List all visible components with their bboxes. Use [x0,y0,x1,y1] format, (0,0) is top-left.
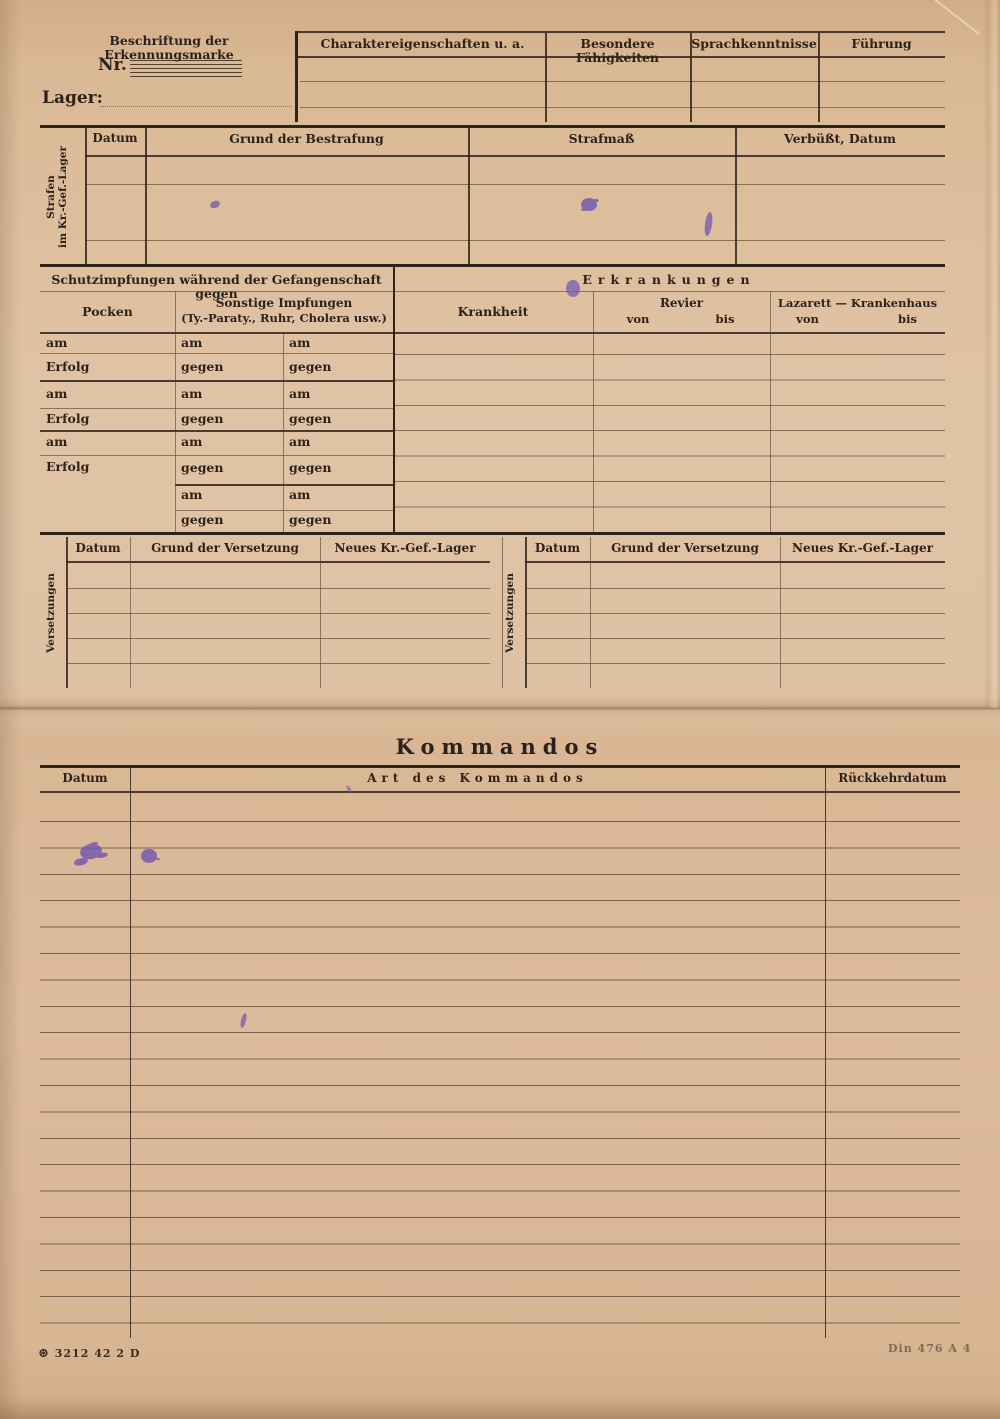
transfers-left-write-lines [66,588,490,665]
table-bottom-border [40,264,945,267]
scanned-form-page: Beschriftung der Erkennungsmarke Nr. Lag… [0,0,1000,1419]
traits-col-characteristics: Charaktereigenschaften u. a. [300,37,545,51]
transfers-right-col-new-camp: Neues Kr.-Gef.-Lager [780,542,945,556]
pocken-erfolg-3: Erfolg [46,460,89,474]
traits-col-conduct: Führung [818,37,945,51]
other-b-gegen-2: gegen [289,412,331,426]
rule-h [298,56,945,58]
rule-h [298,31,945,33]
other-a-am-1: am [181,336,202,350]
punishments-col-sentence: Strafmaß [468,132,735,146]
other-b-gegen-3: gegen [289,461,331,475]
rule-v [468,128,470,265]
other-a-gegen-3: gegen [181,461,223,475]
ink-stain [141,849,157,863]
printer-mark-icon: ⊛ [38,1346,50,1361]
rule-v [770,291,771,532]
transfers-left-side-label: Versetzungen [45,553,61,673]
rule-h [175,510,393,511]
rule-h [85,184,945,185]
rule-h [300,107,945,108]
rule-h [175,484,393,486]
rule-v [818,33,820,122]
transfers-left-col-reason: Grund der Versetzung [130,542,320,556]
illnesses-col-hospital: Lazarett — Krankenhaus [770,297,945,310]
other-a-am-4: am [181,488,202,502]
rule-h [525,561,945,563]
hospital-von-label: von [785,313,830,326]
other-a-am-2: am [181,387,202,401]
ink-stain [703,212,713,237]
pocken-erfolg-2: Erfolg [46,412,89,426]
rule-v [393,267,395,532]
transfers-left-col-new-camp: Neues Kr.-Gef.-Lager [320,542,490,556]
sickbay-bis-label: bis [700,313,750,326]
other-a-am-3: am [181,435,202,449]
rule-v [283,333,284,532]
other-b-gegen-1: gegen [289,360,331,374]
table-top-border [40,125,945,128]
ink-stain [566,280,580,297]
punishments-col-served: Verbüßt, Datum [735,132,945,146]
bottom-edge-shadow [0,1396,1000,1419]
rule-v [145,128,147,265]
pocken-am-3: am [46,435,67,449]
pocken-am-2: am [46,387,67,401]
rule-v [175,291,176,532]
rule-h [300,81,945,82]
din-standard-code: Din 476 A 4 [888,1342,971,1355]
other-b-am-3: am [289,435,310,449]
id-block-title: Beschriftung der Erkennungsmarke [55,34,283,63]
rule-h [40,455,393,456]
illnesses-col-illness: Krankheit [393,305,593,319]
other-b-am-4: am [289,488,310,502]
punishments-col-reason: Grund der Bestrafung [145,132,468,146]
lager-label: Lager: [42,89,103,109]
table-bottom-border [40,532,945,535]
rule-v [690,33,692,122]
sickbay-von-label: von [613,313,663,326]
rule-h [40,791,960,793]
transfers-right-col-reason: Grund der Versetzung [590,542,780,556]
punishments-col-date: Datum [85,132,145,146]
pocken-erfolg-1: Erfolg [46,360,89,374]
nr-label: Nr. [98,56,127,76]
side-label-line1: Strafen [45,131,57,263]
traits-col-abilities: Besondere Fähigkeiten [545,37,690,66]
rule-h [40,380,393,382]
rule-v [545,33,547,122]
rule-h [40,353,393,354]
other-b-gegen-4: gegen [289,513,331,527]
other-a-gegen-4: gegen [181,513,223,527]
other-b-am-1: am [289,336,310,350]
other-b-am-2: am [289,387,310,401]
rule-h [40,408,393,409]
punishments-side-label: Strafen im Kr.-Gef.-Lager [45,131,85,263]
rule-h [40,430,393,432]
table-top-border [40,765,960,768]
vaccinations-col-smallpox: Pocken [40,305,175,319]
other-a-gegen-1: gegen [181,360,223,374]
kommandos-write-lines [40,821,960,1324]
kommandos-title: Kommandos [300,735,700,759]
rule-v [85,128,87,265]
traits-col-languages: Sprachkenntnisse [690,37,818,51]
lager-write-line [100,86,292,107]
vaccinations-col-other-line1: Sonstige Impfungen [175,297,393,311]
rule-h [393,291,945,292]
illnesses-write-lines [393,354,945,509]
print-code-text: 3212 42 2 D [55,1347,141,1360]
rule-h [85,240,945,241]
left-edge-shadow [0,0,20,1419]
print-code: ⊛ 3212 42 2 D [38,1346,140,1361]
rule-h [85,155,945,157]
fold-crease [0,698,1000,718]
kommandos-col-type: Art des Kommandos [130,772,825,786]
rule-v [735,128,737,265]
transfers-right-side-label: Versetzungen [504,553,520,673]
corner-crease [919,0,979,35]
transfers-right-col-date: Datum [525,542,590,556]
hospital-bis-label: bis [885,313,930,326]
illnesses-col-sickbay: Revier [593,297,770,311]
illnesses-title: Erkrankungen [393,273,945,287]
nr-write-lines [130,60,242,77]
ink-stain [581,198,597,211]
side-label-line2: im Kr.-Gef.-Lager [57,131,69,263]
kommandos-col-date: Datum [40,772,130,786]
other-a-gegen-2: gegen [181,412,223,426]
ink-stain [209,200,221,210]
transfers-left-col-date: Datum [66,542,130,556]
pocken-am-1: am [46,336,67,350]
divider-v [295,31,298,122]
rule-h [40,291,393,292]
right-edge-crease [983,0,1000,708]
rule-v [593,291,594,532]
rule-v [502,537,503,688]
kommandos-col-return-date: Rückkehrdatum [825,772,960,786]
transfers-right-write-lines [525,588,945,665]
vaccinations-col-other-line2: (Ty.-Paraty., Ruhr, Cholera usw.) [175,312,393,325]
